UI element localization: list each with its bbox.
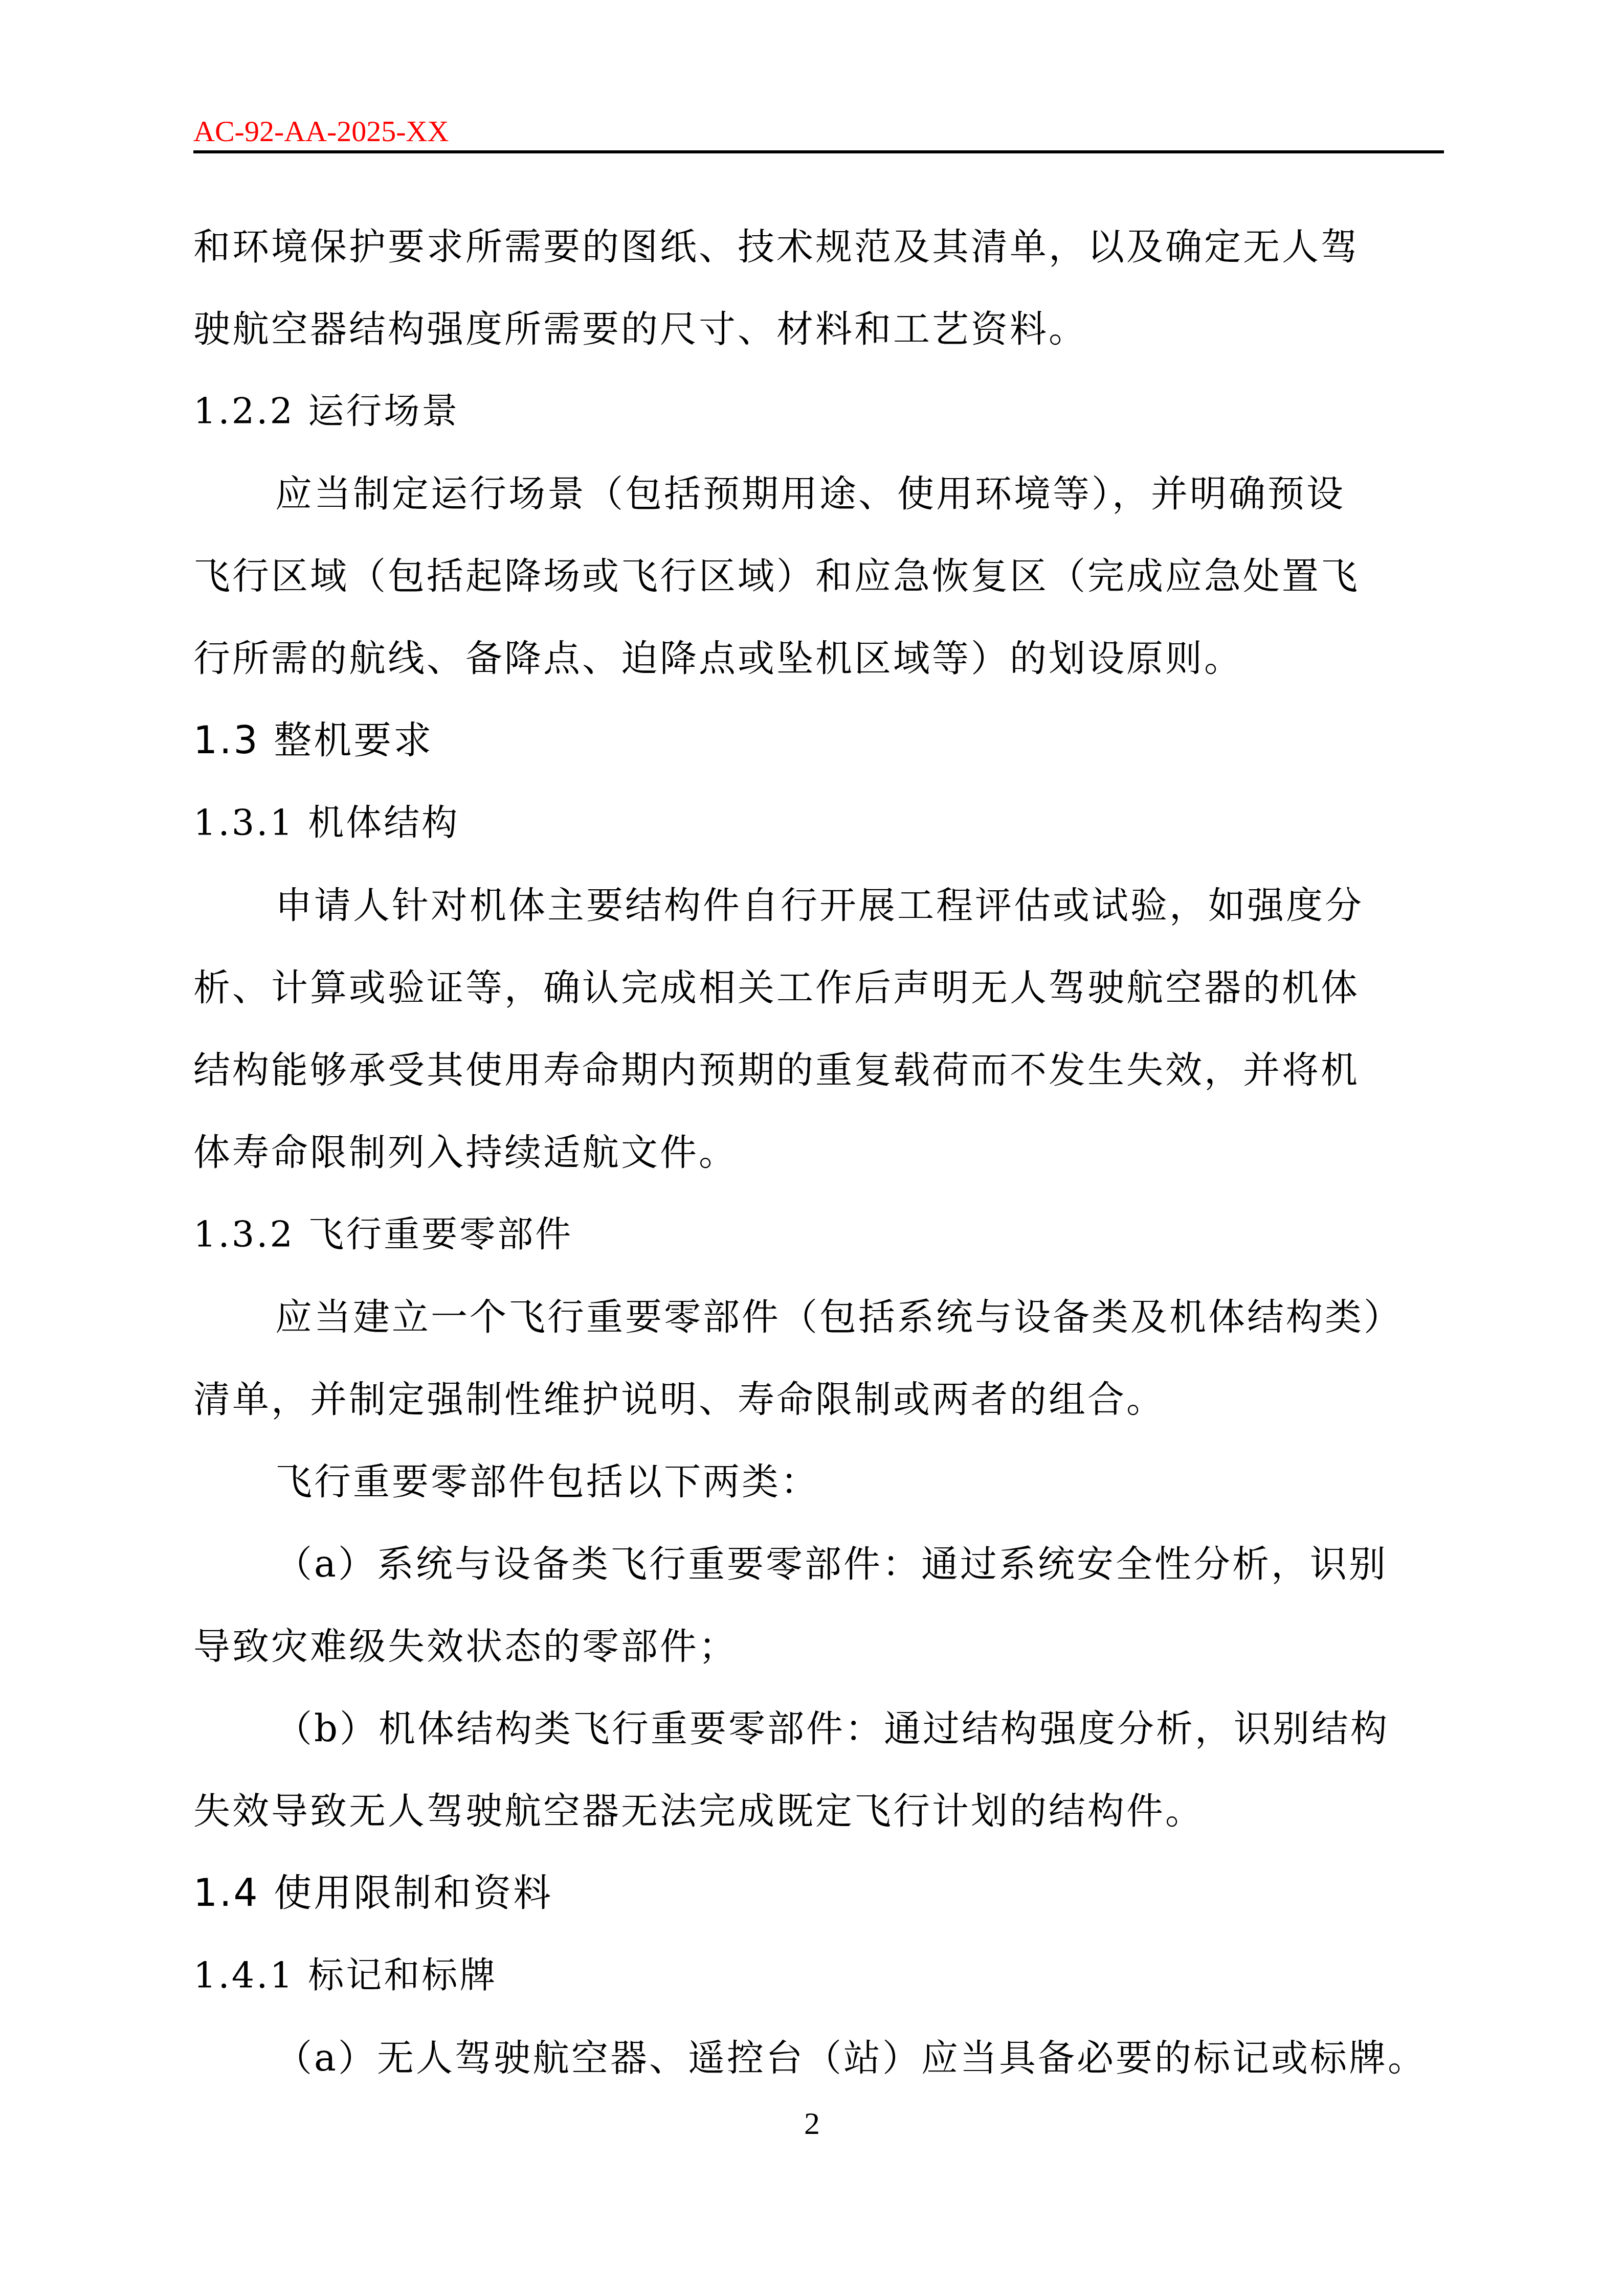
- list-item-a: （a）无人驾驶航空器、遥控台（站）应当具备必要的标记或标牌。: [193, 2017, 1444, 2099]
- paragraph-line: 析、计算或验证等，确认完成相关工作后声明无人驾驶航空器的机体: [193, 947, 1444, 1029]
- list-item-a: （a）系统与设备类飞行重要零部件：通过系统安全性分析，识别: [193, 1523, 1444, 1605]
- page-header: AC-92-AA-2025-XX: [193, 114, 1444, 149]
- document-body: 和环境保护要求所需要的图纸、技术规范及其清单，以及确定无人驾 驶航空器结构强度所…: [193, 206, 1444, 2099]
- paragraph-line: 体寿命限制列入持续适航文件。: [193, 1111, 1444, 1194]
- paragraph-line: 申请人针对机体主要结构件自行开展工程评估或试验，如强度分: [193, 864, 1444, 947]
- list-item-b: （b）机体结构类飞行重要零部件：通过结构强度分析，识别结构: [193, 1687, 1444, 1770]
- paragraph-line: 飞行区域（包括起降场或飞行区域）和应急恢复区（完成应急处置飞: [193, 535, 1444, 617]
- paragraph-line: 驶航空器结构强度所需要的尺寸、材料和工艺资料。: [193, 288, 1444, 370]
- section-heading-1-3: 1.3 整机要求: [193, 700, 1444, 782]
- paragraph-line: 应当建立一个飞行重要零部件（包括系统与设备类及机体结构类）: [193, 1276, 1444, 1358]
- section-heading-1-3-2: 1.3.2 飞行重要零部件: [193, 1194, 1444, 1276]
- section-heading-1-4: 1.4 使用限制和资料: [193, 1852, 1444, 1934]
- paragraph-line: 导致灾难级失效状态的零部件；: [193, 1605, 1444, 1687]
- section-heading-1-2-2: 1.2.2 运行场景: [193, 370, 1444, 453]
- paragraph-line: 清单，并制定强制性维护说明、寿命限制或两者的组合。: [193, 1358, 1444, 1440]
- paragraph-line: 飞行重要零部件包括以下两类：: [193, 1440, 1444, 1523]
- document-code: AC-92-AA-2025-XX: [193, 114, 1444, 149]
- paragraph-line: 失效导致无人驾驶航空器无法完成既定飞行计划的结构件。: [193, 1770, 1444, 1852]
- paragraph-line: 结构能够承受其使用寿命期内预期的重复载荷而不发生失效，并将机: [193, 1029, 1444, 1111]
- paragraph-line: 行所需的航线、备降点、迫降点或坠机区域等）的划设原则。: [193, 617, 1444, 700]
- paragraph-line: 应当制定运行场景（包括预期用途、使用环境等），并明确预设: [193, 453, 1444, 535]
- page-number: 2: [0, 2106, 1624, 2142]
- paragraph-line: 和环境保护要求所需要的图纸、技术规范及其清单，以及确定无人驾: [193, 206, 1444, 288]
- section-heading-1-4-1: 1.4.1 标记和标牌: [193, 1934, 1444, 2017]
- header-divider: [193, 150, 1444, 153]
- section-heading-1-3-1: 1.3.1 机体结构: [193, 782, 1444, 864]
